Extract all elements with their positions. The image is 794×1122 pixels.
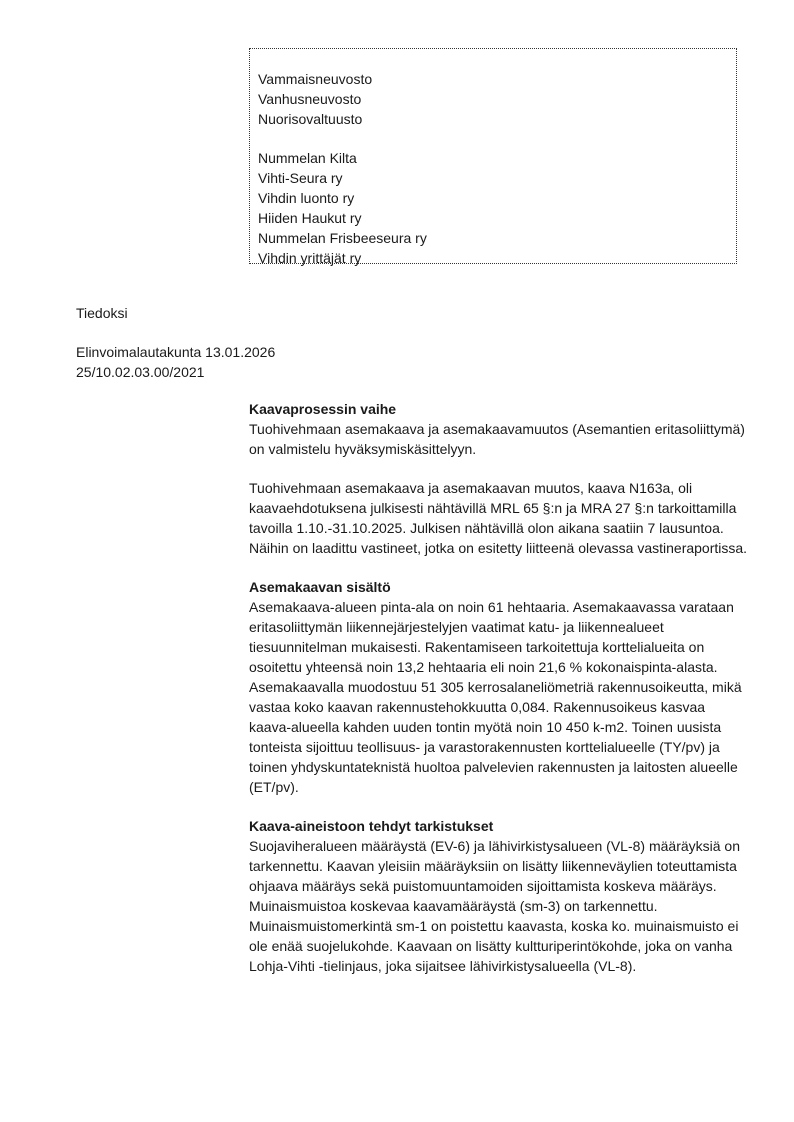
paragraph: Tuohivehmaan asemakaava ja asemakaavan m…	[249, 478, 749, 558]
info-label: Tiedoksi	[76, 303, 128, 323]
record-number: 25/10.02.03.00/2021	[76, 362, 275, 382]
recipient-list-box: Vammaisneuvosto Vanhusneuvosto Nuorisova…	[249, 48, 737, 264]
recipient: Vihti-Seura ry	[258, 168, 736, 188]
main-content: Kaavaprosessin vaihe Tuohivehmaan asemak…	[249, 399, 749, 995]
section-title: Kaava-aineistoon tehdyt tarkistukset	[249, 816, 749, 836]
meeting-info: Elinvoimalautakunta 13.01.2026 25/10.02.…	[76, 342, 275, 382]
section-title: Kaavaprosessin vaihe	[249, 399, 749, 419]
section-plan-content: Asemakaavan sisältö Asemakaava-alueen pi…	[249, 577, 749, 797]
section-revisions: Kaava-aineistoon tehdyt tarkistukset Suo…	[249, 816, 749, 976]
recipient: Vihdin luonto ry	[258, 188, 736, 208]
section-process-stage: Kaavaprosessin vaihe Tuohivehmaan asemak…	[249, 399, 749, 558]
paragraph: Tuohivehmaan asemakaava ja asemakaavamuu…	[249, 419, 749, 459]
paragraph: Asemakaava-alueen pinta-ala on noin 61 h…	[249, 597, 749, 797]
recipient: Vammaisneuvosto	[258, 69, 736, 89]
recipient: Hiiden Haukut ry	[258, 208, 736, 228]
recipient: Vihdin yrittäjät ry	[258, 248, 736, 268]
recipient: Nummelan Frisbeeseura ry	[258, 228, 736, 248]
meeting-body-date: Elinvoimalautakunta 13.01.2026	[76, 342, 275, 362]
recipient: Vanhusneuvosto	[258, 89, 736, 109]
recipient: Nummelan Kilta	[258, 148, 736, 168]
paragraph: Suojaviheralueen määräystä (EV-6) ja läh…	[249, 836, 749, 976]
recipient: Nuorisovaltuusto	[258, 109, 736, 129]
section-title: Asemakaavan sisältö	[249, 577, 749, 597]
